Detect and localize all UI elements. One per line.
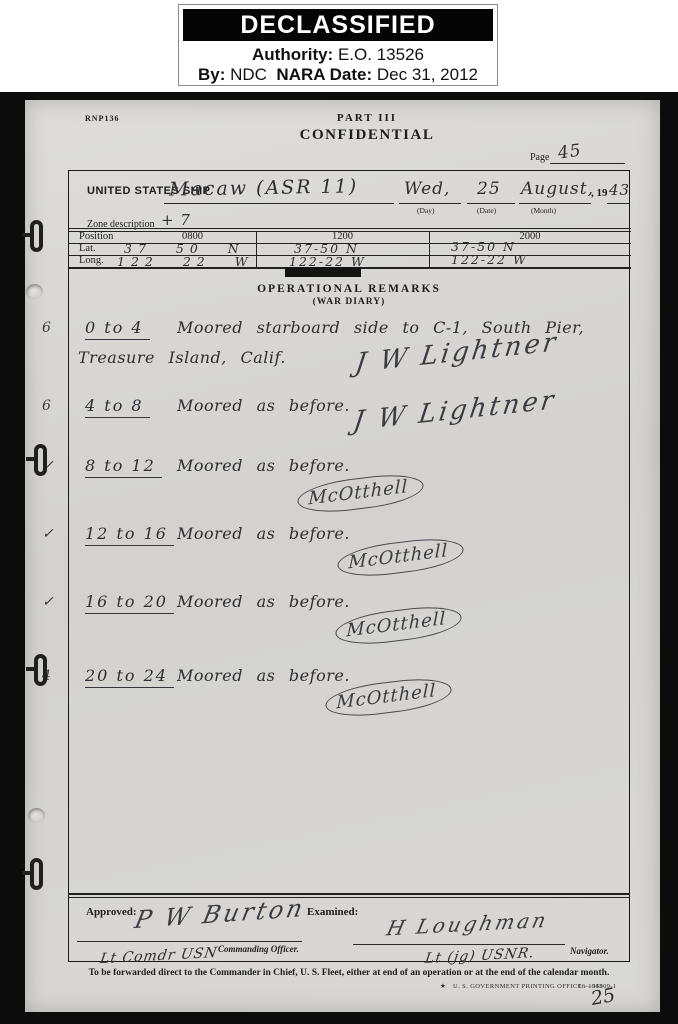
scanned-war-diary-screenshot: DECLASSIFIED Authority: E.O. 13526 By: N… — [0, 0, 678, 1024]
zone-value-handwritten: + 7 — [161, 211, 191, 229]
war-diary-page: RNP136 PART III CONFIDENTIAL Page 45 UNI… — [25, 100, 660, 1012]
approved-signature-line — [77, 941, 302, 942]
margin-mark: ✓ — [42, 526, 54, 542]
form-number: RNP136 — [85, 114, 119, 123]
day-underline — [399, 203, 461, 204]
declassified-banner: DECLASSIFIED — [183, 9, 493, 41]
entry-time-range: 8 to 12 — [85, 456, 162, 478]
by-label: By: — [198, 65, 225, 84]
binder-fastener — [34, 444, 47, 476]
ship-name-underline — [164, 203, 394, 204]
punch-hole — [28, 808, 45, 823]
entry-text: Moored as before. — [177, 666, 350, 685]
entry-time-range: 0 to 4 — [85, 318, 150, 340]
approval-separator-a — [68, 893, 630, 895]
approval-separator-b — [68, 897, 630, 898]
day-label: (Day) — [417, 206, 435, 215]
date-underline — [467, 203, 515, 204]
star-icon: ★ — [440, 982, 446, 990]
punch-hole — [26, 284, 43, 299]
margin-mark: 6 — [42, 398, 51, 414]
date-label: (Date) — [477, 206, 496, 215]
entry-text: Moored as before. — [177, 524, 350, 543]
page-underline — [550, 163, 625, 164]
approved-label: Approved: — [86, 906, 137, 918]
margin-mark: ✓ — [42, 594, 54, 610]
year-underline — [607, 203, 629, 204]
binder-fastener — [30, 858, 43, 890]
year-printed: , 19 — [591, 187, 608, 199]
month-underline — [519, 203, 591, 204]
declassified-stamp: DECLASSIFIED Authority: E.O. 13526 By: N… — [178, 4, 498, 86]
date-handwritten: 25 — [477, 179, 501, 199]
ship-name-handwritten: Macaw (ASR 11) — [169, 175, 358, 200]
entry-time-range: 12 to 16 — [85, 524, 174, 546]
nara-line: By: NDC NARA Date: Dec 31, 2012 — [179, 65, 497, 85]
remarks-subtitle: (WAR DIARY) — [229, 297, 469, 307]
navigator-label: Navigator. — [570, 946, 609, 956]
long-2000-handwritten: 122-22 W — [451, 252, 528, 267]
table-top-line-a — [69, 228, 631, 229]
entry-time-range: 20 to 24 — [85, 666, 174, 688]
forwarding-note: To be forwarded direct to the Commander … — [73, 968, 625, 978]
long-label: Long. — [79, 255, 104, 266]
nara-date-label: NARA Date: — [276, 65, 372, 84]
entry-text: Moored as before. — [177, 592, 350, 611]
part-heading: PART III — [287, 112, 447, 124]
by-value: NDC — [230, 65, 267, 84]
commanding-officer-label: Commanding Officer. — [218, 944, 299, 954]
entry-text: Moored as before. — [177, 396, 350, 415]
binder-fastener — [34, 654, 47, 686]
position-row-label: Position — [79, 231, 113, 242]
examined-label: Examined: — [307, 906, 358, 918]
lat-label: Lat. — [79, 243, 96, 254]
binder-fastener — [30, 220, 43, 252]
long-0800-handwritten: 122 22 W — [117, 254, 254, 269]
authority-label: Authority: — [252, 45, 333, 64]
classification-heading: CONFIDENTIAL — [247, 127, 487, 144]
entry-text-line2: Treasure Island, Calif. — [78, 348, 286, 367]
nara-date-value: Dec 31, 2012 — [377, 65, 478, 84]
month-handwritten: August, — [521, 179, 594, 199]
authority-line: Authority: E.O. 13526 — [179, 45, 497, 65]
page-label: Page — [530, 152, 549, 163]
day-handwritten: Wed, — [404, 179, 450, 199]
scan-background: RNP136 PART III CONFIDENTIAL Page 45 UNI… — [0, 92, 678, 1024]
margin-mark: 6 — [42, 320, 51, 336]
corner-page-number-handwritten: 25 — [589, 984, 617, 1010]
entry-time-range: 4 to 8 — [85, 396, 150, 418]
month-label: (Month) — [531, 206, 556, 215]
remarks-title: OPERATIONAL REMARKS — [229, 283, 469, 295]
entry-text: Moored as before. — [177, 456, 350, 475]
year-handwritten: 43 — [609, 181, 630, 199]
entry-time-range: 16 to 20 — [85, 592, 174, 614]
redaction-bar — [285, 267, 361, 277]
page-number-handwritten: 45 — [557, 140, 583, 163]
authority-value: E.O. 13526 — [338, 45, 424, 64]
